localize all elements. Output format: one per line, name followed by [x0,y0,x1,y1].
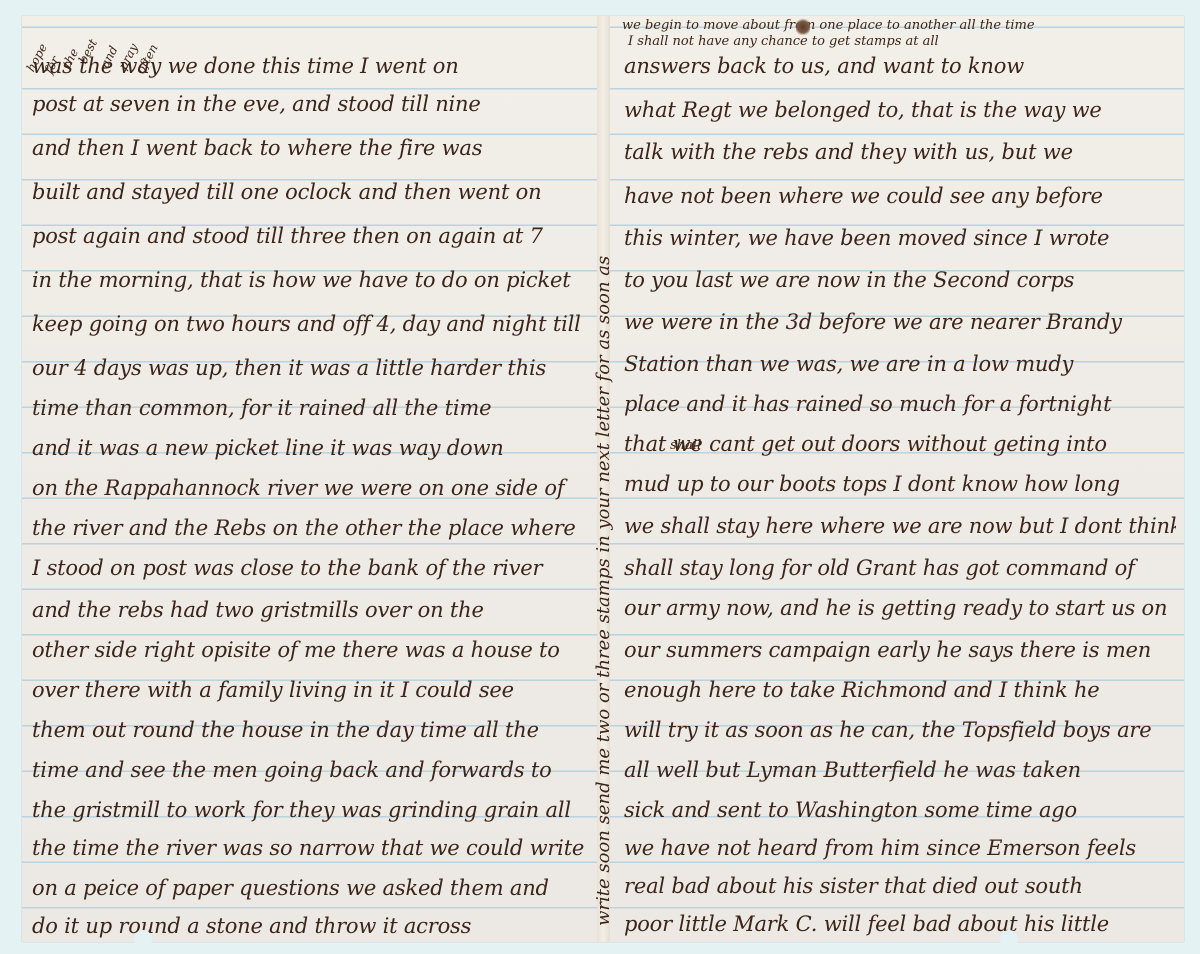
text-line: time than common, for it rained all the … [32,386,589,430]
text-line: post again and stood till three then on … [32,214,589,258]
interlinear-insert: shall [670,438,701,453]
text-line: and it was a new picket line it was way … [32,426,589,470]
text-line: to you last we are now in the Second cor… [624,258,1176,302]
text-line: other side right opisite of me there was… [32,628,589,672]
text-line: and then I went back to where the fire w… [32,126,589,170]
text-line: answers back to us, and want to know [624,44,1176,88]
text-line: do it up round a stone and throw it acro… [32,904,589,948]
overline-text: we begin to move about from one place to… [622,18,1035,33]
text-line: over there with a family living in it I … [32,668,589,712]
text-line: our 4 days was up, then it was a little … [32,346,589,390]
left-page: hope for the best and pray often was the… [22,16,597,942]
text-line: talk with the rebs and they with us, but… [624,130,1176,174]
text-line: this winter, we have been moved since I … [624,216,1176,260]
text-line: we shall stay here where we are now but … [624,504,1176,548]
text-line: keep going on two hours and off 4, day a… [32,302,589,346]
text-line: that we cant get out doors without getin… [624,422,1176,466]
center-vertical-note: write soon send me two or three stamps i… [594,26,614,926]
text-line: poor little Mark C. will feel bad about … [624,902,1176,946]
text-line: in the morning, that is how we have to d… [32,258,589,302]
text-line: them out round the house in the day time… [32,708,589,752]
text-line: we were in the 3d before we are nearer B… [624,300,1176,344]
text-line: all well but Lyman Butterfield he was ta… [624,748,1176,792]
text-line: and the rebs had two gristmills over on … [32,588,589,632]
text-line: will try it as soon as he can, the Topsf… [624,708,1176,752]
text-line: place and it has rained so much for a fo… [624,382,1176,426]
text-line: Station than we was, we are in a low mud… [624,342,1176,386]
text-line: on the Rappahannock river we were on one… [32,466,589,510]
text-line: I stood on post was close to the bank of… [32,546,589,590]
text-line: have not been where we could see any bef… [624,174,1176,218]
text-line: the time the river was so narrow that we… [32,826,589,870]
text-line: what Regt we belonged to, that is the wa… [624,88,1176,132]
text-line: time and see the men going back and forw… [32,748,589,792]
text-line: mud up to our boots tops I dont know how… [624,462,1176,506]
text-line: built and stayed till one oclock and the… [32,170,589,214]
punch-hole [1000,930,1018,948]
text-line: our summers campaign early he says there… [624,628,1176,672]
text-line: enough here to take Richmond and I think… [624,668,1176,712]
text-line: our army now, and he is getting ready to… [624,586,1176,630]
text-line: shall stay long for old Grant has got co… [624,546,1176,590]
right-page: we begin to move about from one place to… [610,16,1184,942]
text-line: post at seven in the eve, and stood till… [32,82,589,126]
letter-sheet: hope for the best and pray often was the… [22,16,1184,942]
ink-stain [796,18,810,36]
text-line: the river and the Rebs on the other the … [32,506,589,550]
punch-hole [134,930,152,948]
